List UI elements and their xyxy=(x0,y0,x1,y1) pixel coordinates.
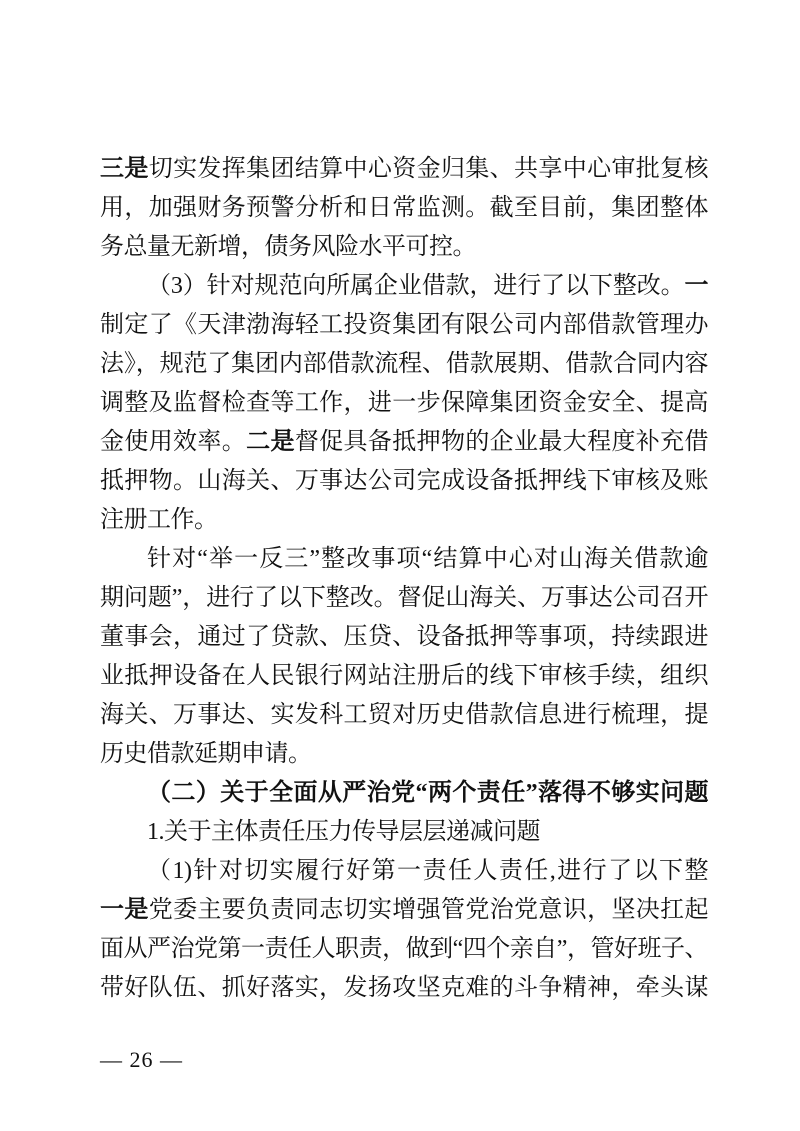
page-number: — 26 — xyxy=(100,1046,183,1074)
document-body: 三是切实发挥集团结算中心资金归集、共享中心审批复核作用，加强财务预警分析和日常监… xyxy=(100,150,708,1008)
text-segment: （1)针对切实履行好第一责任人责任,进行了以下整改。 xyxy=(147,858,708,891)
document-page: 三是切实发挥集团结算中心资金归集、共享中心审批复核作用，加强财务预警分析和日常监… xyxy=(0,0,800,1131)
text-segment: 务总量无新增，债务风险水平可控。 xyxy=(100,234,476,260)
text-line: 期问题”，进行了以下整改。督促山海关、万事达公司召开 xyxy=(100,579,708,618)
text-segment: 董事会，通过了贷款、压贷、设备抵押等事项，持续跟进企 xyxy=(100,624,708,657)
text-line: 针对“举一反三”整改事项“结算中心对山海关借款逾 xyxy=(100,540,708,579)
text-segment: 制定了《天津渤海轻工投资集团有限公司内部借款管理办 xyxy=(100,312,708,338)
text-line: 1.关于主体责任压力传导层层递减问题 xyxy=(100,813,708,852)
text-line: 注册工作。 xyxy=(100,501,708,540)
text-line: （二）关于全面从严治党“两个责任”落得不够实问题 xyxy=(100,774,708,813)
text-line: 历史借款延期申请。 xyxy=(100,735,708,774)
text-segment: 调整及监督检查等工作，进一步保障集团资金安全、提高资 xyxy=(100,390,708,423)
text-line: （1)针对切实履行好第一责任人责任,进行了以下整改。 xyxy=(100,852,708,891)
text-line: 金使用效率。二是督促具备抵押物的企业最大程度补充借款 xyxy=(100,423,708,462)
text-segment: 面从严治党第一责任人职责，做到“四个亲自”，管好班子、 xyxy=(100,936,708,962)
text-line: 带好队伍、抓好落实，发扬攻坚克难的斗争精神，牵头谋划 xyxy=(100,969,708,1008)
text-segment: 切实发挥集团结算中心资金归集、共享中心审批复核作 xyxy=(100,156,708,189)
text-segment: 用，加强财务预警分析和日常监测。截至目前，集团整体债 xyxy=(100,195,708,228)
text-line: （3）针对规范向所属企业借款，进行了以下整改。一是 xyxy=(100,267,708,306)
text-segment: （3）针对规范向所属企业借款，进行了以下整改。 xyxy=(147,273,685,299)
text-line: 法》，规范了集团内部借款流程、借款展期、借款合同内容 xyxy=(100,345,708,384)
text-line: 抵押物。山海关、万事达公司完成设备抵押线下审核及账户 xyxy=(100,462,708,501)
text-segment: 注册工作。 xyxy=(100,507,218,533)
text-segment: 金使用效率。 xyxy=(100,429,246,455)
text-line: 三是切实发挥集团结算中心资金归集、共享中心审批复核作 xyxy=(100,150,708,189)
text-line: 海关、万事达、实发科工贸对历史借款信息进行梳理，提出 xyxy=(100,696,708,735)
text-segment: 业抵押设备在人民银行网站注册后的线下审核手续，组织山 xyxy=(100,663,708,696)
text-line: 董事会，通过了贷款、压贷、设备抵押等事项，持续跟进企 xyxy=(100,618,708,657)
text-segment: 针对“举一反三”整改事项“结算中心对山海关借款逾 xyxy=(147,546,708,572)
text-segment: 抵押物。山海关、万事达公司完成设备抵押线下审核及账户 xyxy=(100,468,708,501)
bold-text-segment: 一是 xyxy=(100,897,149,923)
text-segment: 党委主要负责同志切实增强管党治党意识，坚决扛起全 xyxy=(100,897,708,930)
text-segment: 1.关于主体责任压力传导层层递减问题 xyxy=(147,819,540,845)
bold-text-segment: 三是 xyxy=(100,156,149,182)
text-line: 业抵押设备在人民银行网站注册后的线下审核手续，组织山 xyxy=(100,657,708,696)
text-line: 一是党委主要负责同志切实增强管党治党意识，坚决扛起全 xyxy=(100,891,708,930)
text-line: 制定了《天津渤海轻工投资集团有限公司内部借款管理办 xyxy=(100,306,708,345)
text-line: 面从严治党第一责任人职责，做到“四个亲自”，管好班子、 xyxy=(100,930,708,969)
text-segment: 历史借款延期申请。 xyxy=(100,741,312,767)
text-line: 调整及监督检查等工作，进一步保障集团资金安全、提高资 xyxy=(100,384,708,423)
text-segment: 海关、万事达、实发科工贸对历史借款信息进行梳理，提出 xyxy=(100,702,708,735)
text-line: 用，加强财务预警分析和日常监测。截至目前，集团整体债 xyxy=(100,189,708,228)
bold-text-segment: 二是 xyxy=(246,429,295,455)
bold-text-segment: （二）关于全面从严治党“两个责任”落得不够实问题 xyxy=(147,780,708,806)
text-line: 务总量无新增，债务风险水平可控。 xyxy=(100,228,708,267)
text-segment: 法》，规范了集团内部借款流程、借款展期、借款合同内容 xyxy=(100,351,708,377)
text-segment: 带好队伍、抓好落实，发扬攻坚克难的斗争精神，牵头谋划 xyxy=(100,975,708,1008)
text-segment: 期问题”，进行了以下整改。督促山海关、万事达公司召开 xyxy=(100,585,708,611)
